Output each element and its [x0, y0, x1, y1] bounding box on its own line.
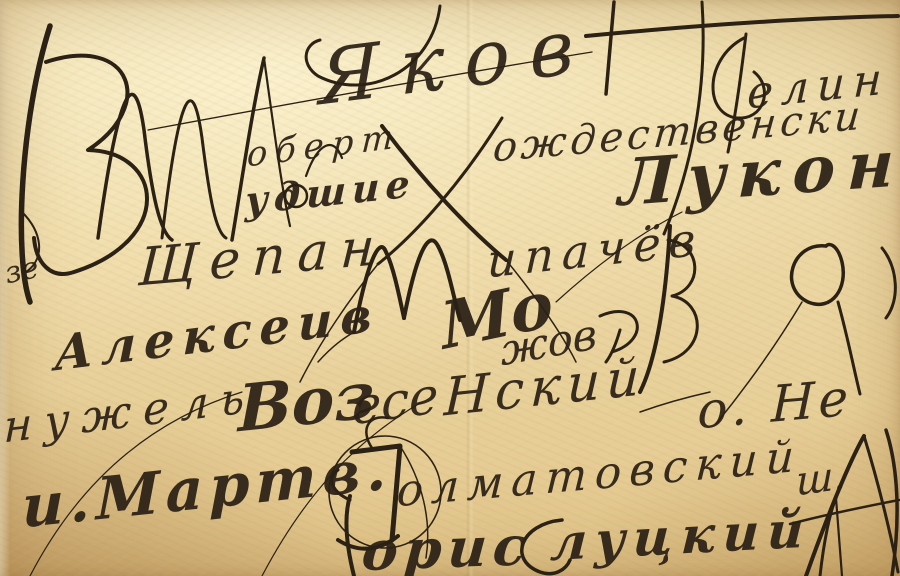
signature-yakov: Яков — [318, 6, 594, 116]
autograph-page: Яков елин оберт удшие ождественски Лукон… — [0, 0, 900, 576]
tall-loop-1 — [98, 94, 172, 240]
letter-t-crossbar — [586, 16, 898, 36]
letter-a-right — [864, 436, 898, 572]
signature-scrawl: удшие — [245, 164, 417, 220]
signature-nskii: Нский — [443, 351, 646, 425]
signature-ze-fragment: зе — [2, 253, 42, 289]
signature-i-martv: и.Мартв. — [22, 439, 392, 536]
right-edge-curve — [886, 430, 897, 576]
letter-s-curl-edge — [882, 248, 895, 318]
signature-o-ne-fragment: о. Не — [697, 372, 852, 436]
signature-oris: орис — [360, 518, 534, 576]
tall-loop-2 — [162, 101, 226, 238]
letter-ya-head — [792, 245, 844, 305]
big-letter-v-bowl — [34, 56, 147, 274]
signature-ese: есе — [352, 370, 438, 433]
letter-b-stem — [347, 496, 354, 576]
signature-shchepan: Щепан — [137, 220, 388, 294]
letter-t-serif — [606, 2, 614, 94]
tall-mark-2 — [836, 498, 842, 576]
v-loop-flourish — [600, 312, 637, 352]
signature-lutskii: луцкий — [549, 504, 812, 568]
tall-mark-1 — [820, 498, 836, 576]
signature-sh-flourish: ш. — [796, 455, 846, 502]
signature-nuzhel: нужель — [3, 375, 256, 450]
